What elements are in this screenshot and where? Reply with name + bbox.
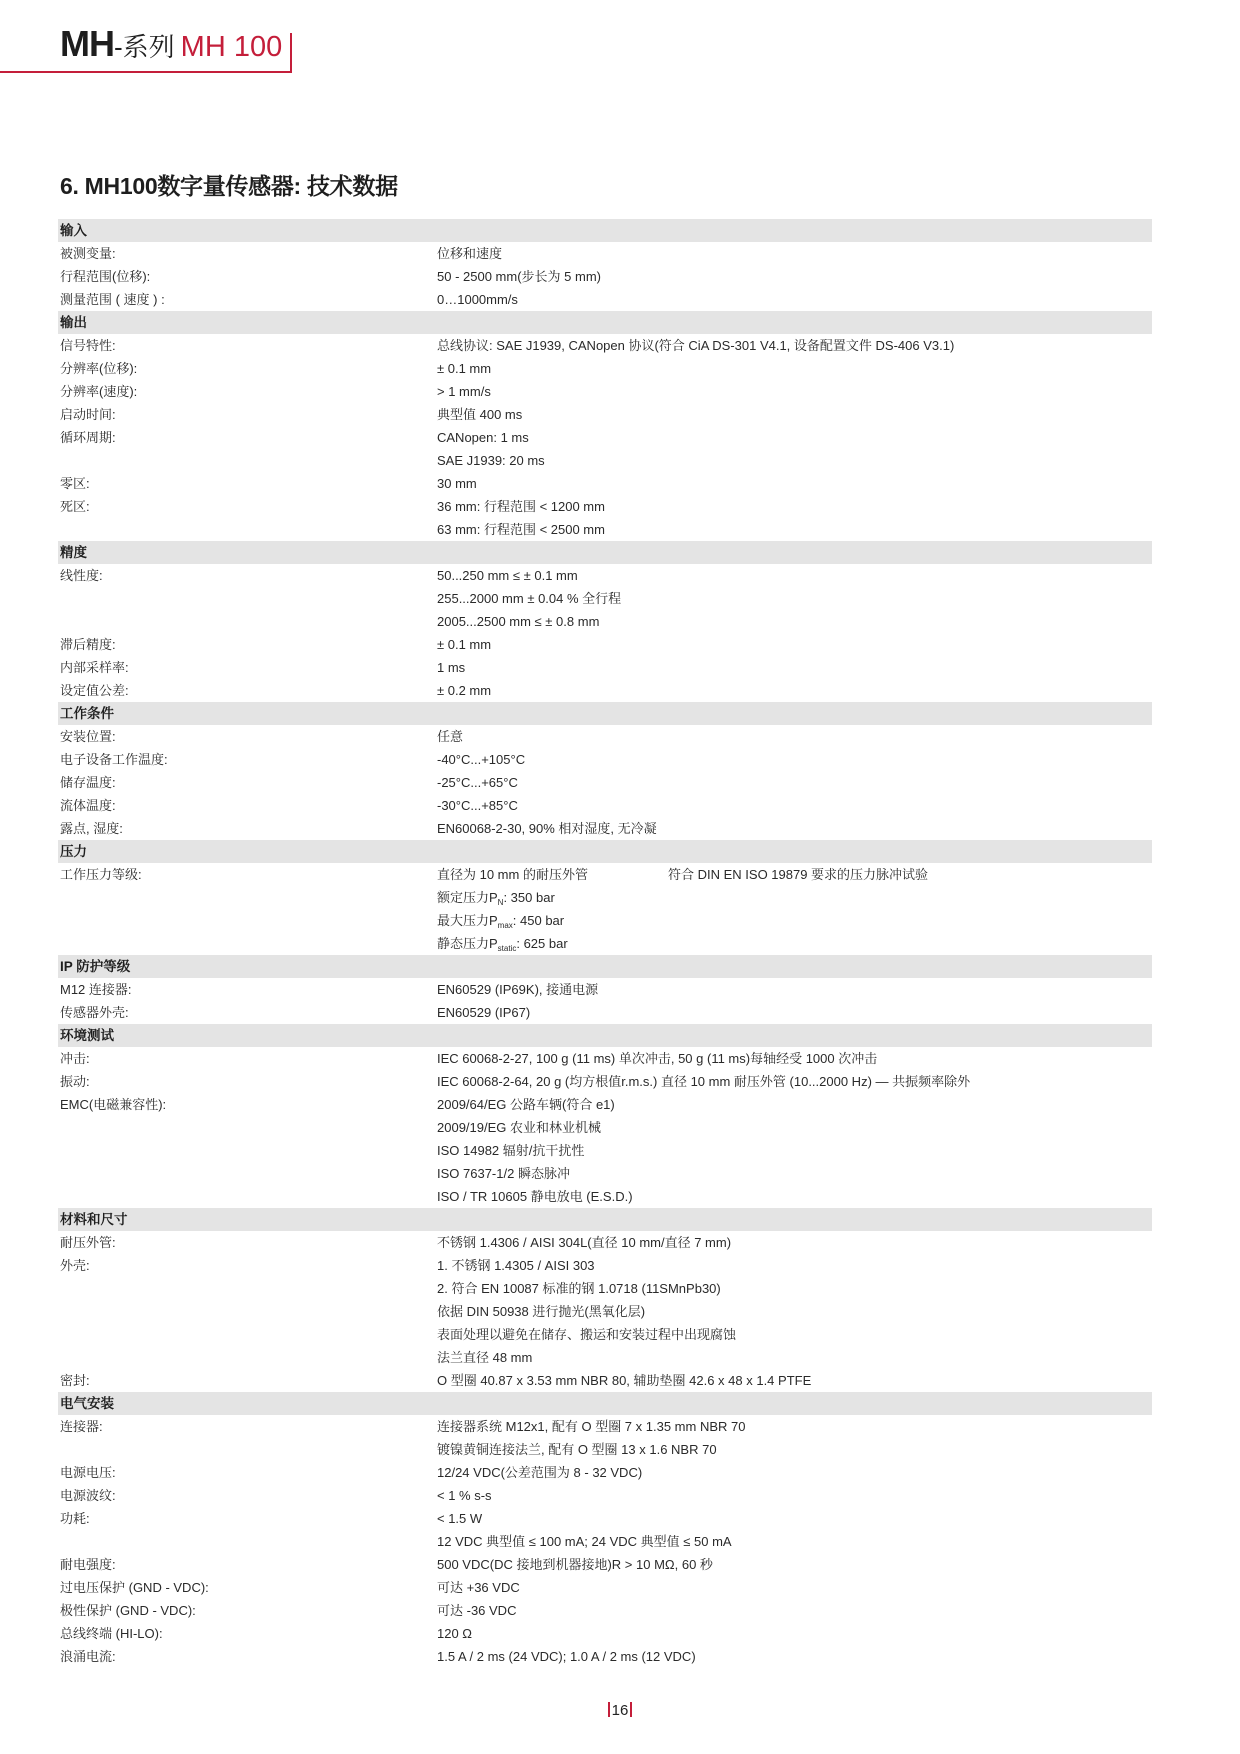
spec-values: -25°C...+65°C — [437, 771, 1152, 794]
spec-value: > 1 mm/s — [437, 380, 1152, 403]
spec-values: 30 mm — [437, 472, 1152, 495]
spec-row: 流体温度:-30°C...+85°C — [58, 794, 1152, 817]
spec-label: 冲击: — [58, 1047, 437, 1070]
page-number-bar-left — [608, 1702, 610, 1717]
spec-row: 线性度:50...250 mm ≤ ± 0.1 mm255...2000 mm … — [58, 564, 1152, 633]
spec-value: 50...250 mm ≤ ± 0.1 mm — [437, 564, 1152, 587]
spec-value: 12/24 VDC(公差范围为 8 - 32 VDC) — [437, 1461, 1152, 1484]
spec-row: 分辨率(速度):> 1 mm/s — [58, 380, 1152, 403]
spec-row: 冲击:IEC 60068-2-27, 100 g (11 ms) 单次冲击, 5… — [58, 1047, 1152, 1070]
spec-values: -40°C...+105°C — [437, 748, 1152, 771]
spec-value: < 1.5 W — [437, 1507, 1152, 1530]
spec-row: 零区:30 mm — [58, 472, 1152, 495]
spec-label: 密封: — [58, 1369, 437, 1392]
spec-values: 1. 不锈钢 1.4305 / AISI 3032. 符合 EN 10087 标… — [437, 1254, 1152, 1369]
spec-label: 耐压外管: — [58, 1231, 437, 1254]
spec-label: 过电压保护 (GND - VDC): — [58, 1576, 437, 1599]
spec-label: 连接器: — [58, 1415, 437, 1438]
spec-label: 循环周期: — [58, 426, 437, 449]
spec-label: 外壳: — [58, 1254, 437, 1277]
spec-row: 死区:36 mm: 行程范围 < 1200 mm63 mm: 行程范围 < 25… — [58, 495, 1152, 541]
spec-value: EN60068-2-30, 90% 相对湿度, 无冷凝 — [437, 817, 1152, 840]
spec-values: IEC 60068-2-27, 100 g (11 ms) 单次冲击, 50 g… — [437, 1047, 1152, 1070]
spec-values: ± 0.2 mm — [437, 679, 1152, 702]
spec-value: 1.5 A / 2 ms (24 VDC); 1.0 A / 2 ms (12 … — [437, 1645, 1152, 1668]
group-header: 环境测试 — [58, 1024, 1152, 1047]
spec-group: IP 防护等级M12 连接器:EN60529 (IP69K), 接通电源传感器外… — [58, 955, 1152, 1024]
spec-label: 被测变量: — [58, 242, 437, 265]
spec-value: 36 mm: 行程范围 < 1200 mm — [437, 495, 1152, 518]
spec-value: ISO / TR 10605 静电放电 (E.S.D.) — [437, 1185, 1152, 1208]
spec-value: ± 0.1 mm — [437, 357, 1152, 380]
spec-row: 外壳:1. 不锈钢 1.4305 / AISI 3032. 符合 EN 1008… — [58, 1254, 1152, 1369]
spec-row: 耐压外管:不锈钢 1.4306 / AISI 304L(直径 10 mm/直径 … — [58, 1231, 1152, 1254]
spec-label: 滞后精度: — [58, 633, 437, 656]
spec-values: < 1 % s-s — [437, 1484, 1152, 1507]
header-rule-divider — [0, 71, 292, 73]
spec-value: 镀镍黄铜连接法兰, 配有 O 型圈 13 x 1.6 NBR 70 — [437, 1438, 1152, 1461]
spec-group: 电气安装连接器:连接器系统 M12x1, 配有 O 型圈 7 x 1.35 mm… — [58, 1392, 1152, 1668]
pressure-test-note: 符合 DIN EN ISO 19879 要求的压力脉冲试验 — [668, 863, 928, 886]
spec-value: 1 ms — [437, 656, 1152, 679]
spec-label: 极性保护 (GND - VDC): — [58, 1599, 437, 1622]
spec-values: 直径为 10 mm 的耐压外管符合 DIN EN ISO 19879 要求的压力… — [437, 863, 1152, 955]
spec-value: -30°C...+85°C — [437, 794, 1152, 817]
spec-value: 1. 不锈钢 1.4305 / AISI 303 — [437, 1254, 1152, 1277]
spec-values: 不锈钢 1.4306 / AISI 304L(直径 10 mm/直径 7 mm) — [437, 1231, 1152, 1254]
spec-label: 死区: — [58, 495, 437, 518]
spec-value: ± 0.2 mm — [437, 679, 1152, 702]
spec-row: 浪涌电流:1.5 A / 2 ms (24 VDC); 1.0 A / 2 ms… — [58, 1645, 1152, 1668]
spec-group: 精度线性度:50...250 mm ≤ ± 0.1 mm255...2000 m… — [58, 541, 1152, 702]
pressure-static-subscript: static — [498, 944, 517, 953]
spec-label: 行程范围(位移): — [58, 265, 437, 288]
spec-values: ± 0.1 mm — [437, 633, 1152, 656]
spec-row: 被测变量:位移和速度 — [58, 242, 1152, 265]
spec-value: CANopen: 1 ms — [437, 426, 1152, 449]
spec-value: 0…1000mm/s — [437, 288, 1152, 311]
spec-label: 工作压力等级: — [58, 863, 437, 886]
spec-value: 2005...2500 mm ≤ ± 0.8 mm — [437, 610, 1152, 633]
spec-value: 500 VDC(DC 接地到机器接地)R > 10 MΩ, 60 秒 — [437, 1553, 1152, 1576]
spec-row: 电源电压:12/24 VDC(公差范围为 8 - 32 VDC) — [58, 1461, 1152, 1484]
spec-values: EN60529 (IP67) — [437, 1001, 1152, 1024]
pressure-nominal-value: : 350 bar — [503, 890, 554, 905]
spec-value: 120 Ω — [437, 1622, 1152, 1645]
pressure-max-value: : 450 bar — [513, 913, 564, 928]
spec-value: 不锈钢 1.4306 / AISI 304L(直径 10 mm/直径 7 mm) — [437, 1231, 1152, 1254]
spec-values: 可达 +36 VDC — [437, 1576, 1152, 1599]
spec-value: 依据 DIN 50938 进行抛光(黑氧化层) — [437, 1300, 1152, 1323]
spec-value: 可达 +36 VDC — [437, 1576, 1152, 1599]
spec-value: -40°C...+105°C — [437, 748, 1152, 771]
spec-table: 输入被测变量:位移和速度行程范围(位移):50 - 2500 mm(步长为 5 … — [58, 219, 1152, 1668]
group-header: 输出 — [58, 311, 1152, 334]
spec-values: 典型值 400 ms — [437, 403, 1152, 426]
spec-label: 电源电压: — [58, 1461, 437, 1484]
header-title: MH-系列MH 100 — [60, 24, 282, 72]
spec-value: ISO 7637-1/2 瞬态脉冲 — [437, 1162, 1152, 1185]
spec-row: 连接器:连接器系统 M12x1, 配有 O 型圈 7 x 1.35 mm NBR… — [58, 1415, 1152, 1461]
spec-values: 1.5 A / 2 ms (24 VDC); 1.0 A / 2 ms (12 … — [437, 1645, 1152, 1668]
pressure-tube-line: 直径为 10 mm 的耐压外管符合 DIN EN ISO 19879 要求的压力… — [437, 863, 1152, 886]
spec-label: EMC(电磁兼容性): — [58, 1093, 437, 1116]
header-series-text: -系列 — [114, 32, 175, 62]
spec-values: 可达 -36 VDC — [437, 1599, 1152, 1622]
spec-row: 露点, 湿度:EN60068-2-30, 90% 相对湿度, 无冷凝 — [58, 817, 1152, 840]
spec-group: 工作条件安装位置:任意电子设备工作温度:-40°C...+105°C储存温度:-… — [58, 702, 1152, 840]
spec-label: 测量范围 ( 速度 ) : — [58, 288, 437, 311]
spec-label: 零区: — [58, 472, 437, 495]
spec-value: 任意 — [437, 725, 1152, 748]
spec-row: 信号特性:总线协议: SAE J1939, CANopen 协议(符合 CiA … — [58, 334, 1152, 357]
spec-row: 功耗:< 1.5 W12 VDC 典型值 ≤ 100 mA; 24 VDC 典型… — [58, 1507, 1152, 1553]
spec-value: ± 0.1 mm — [437, 633, 1152, 656]
header-model: MH 100 — [181, 31, 283, 63]
pressure-static-value: : 625 bar — [516, 936, 567, 951]
spec-row: EMC(电磁兼容性):2009/64/EG 公路车辆(符合 e1)2009/19… — [58, 1093, 1152, 1208]
spec-value: O 型圈 40.87 x 3.53 mm NBR 80, 辅助垫圈 42.6 x… — [437, 1369, 1152, 1392]
spec-row: 分辨率(位移):± 0.1 mm — [58, 357, 1152, 380]
spec-label: 功耗: — [58, 1507, 437, 1530]
spec-value: 12 VDC 典型值 ≤ 100 mA; 24 VDC 典型值 ≤ 50 mA — [437, 1530, 1152, 1553]
header-tick-divider — [290, 33, 292, 73]
pressure-static: 静态压力Pstatic: 625 bar — [437, 932, 1152, 955]
spec-values: 36 mm: 行程范围 < 1200 mm63 mm: 行程范围 < 2500 … — [437, 495, 1152, 541]
spec-value: ISO 14982 辐射/抗干扰性 — [437, 1139, 1152, 1162]
group-header: 材料和尺寸 — [58, 1208, 1152, 1231]
spec-values: EN60068-2-30, 90% 相对湿度, 无冷凝 — [437, 817, 1152, 840]
spec-values: EN60529 (IP69K), 接通电源 — [437, 978, 1152, 1001]
spec-label: 露点, 湿度: — [58, 817, 437, 840]
spec-row: 行程范围(位移):50 - 2500 mm(步长为 5 mm) — [58, 265, 1152, 288]
spec-label: 总线终端 (HI-LO): — [58, 1622, 437, 1645]
spec-values: 120 Ω — [437, 1622, 1152, 1645]
spec-value: 法兰直径 48 mm — [437, 1346, 1152, 1369]
spec-row: 储存温度:-25°C...+65°C — [58, 771, 1152, 794]
spec-row: 密封:O 型圈 40.87 x 3.53 mm NBR 80, 辅助垫圈 42.… — [58, 1369, 1152, 1392]
spec-label: 分辨率(速度): — [58, 380, 437, 403]
spec-value: 30 mm — [437, 472, 1152, 495]
spec-value: 表面处理以避免在储存、搬运和安装过程中出现腐蚀 — [437, 1323, 1152, 1346]
header-brand-prefix: MH — [60, 23, 114, 64]
pressure-max: 最大压力Pmax: 450 bar — [437, 909, 1152, 932]
spec-values: 任意 — [437, 725, 1152, 748]
spec-values: 50 - 2500 mm(步长为 5 mm) — [437, 265, 1152, 288]
spec-value: 2. 符合 EN 10087 标准的钢 1.0718 (11SMnPb30) — [437, 1277, 1152, 1300]
spec-value: -25°C...+65°C — [437, 771, 1152, 794]
spec-label: 耐电强度: — [58, 1553, 437, 1576]
spec-row: 总线终端 (HI-LO):120 Ω — [58, 1622, 1152, 1645]
spec-value: IEC 60068-2-27, 100 g (11 ms) 单次冲击, 50 g… — [437, 1047, 1152, 1070]
spec-row: 启动时间:典型值 400 ms — [58, 403, 1152, 426]
spec-label: 信号特性: — [58, 334, 437, 357]
spec-label: 储存温度: — [58, 771, 437, 794]
spec-row: 传感器外壳:EN60529 (IP67) — [58, 1001, 1152, 1024]
spec-value: 总线协议: SAE J1939, CANopen 协议(符合 CiA DS-30… — [437, 334, 1152, 357]
group-header: 压力 — [58, 840, 1152, 863]
spec-label: 传感器外壳: — [58, 1001, 437, 1024]
spec-row-pressure: 工作压力等级:直径为 10 mm 的耐压外管符合 DIN EN ISO 1987… — [58, 863, 1152, 955]
spec-row: 振动:IEC 60068-2-64, 20 g (均方根值r.m.s.) 直径 … — [58, 1070, 1152, 1093]
spec-group: 输入被测变量:位移和速度行程范围(位移):50 - 2500 mm(步长为 5 … — [58, 219, 1152, 311]
spec-group: 压力工作压力等级:直径为 10 mm 的耐压外管符合 DIN EN ISO 19… — [58, 840, 1152, 955]
pressure-nominal-prefix: 额定压力P — [437, 890, 498, 905]
spec-values: 500 VDC(DC 接地到机器接地)R > 10 MΩ, 60 秒 — [437, 1553, 1152, 1576]
spec-label: M12 连接器: — [58, 978, 437, 1001]
spec-label: 内部采样率: — [58, 656, 437, 679]
spec-row: 循环周期:CANopen: 1 msSAE J1939: 20 ms — [58, 426, 1152, 472]
spec-row: 电源波纹:< 1 % s-s — [58, 1484, 1152, 1507]
spec-label: 设定值公差: — [58, 679, 437, 702]
group-header: 工作条件 — [58, 702, 1152, 725]
spec-value: 可达 -36 VDC — [437, 1599, 1152, 1622]
spec-values: 位移和速度 — [437, 242, 1152, 265]
spec-value: EN60529 (IP67) — [437, 1001, 1152, 1024]
pressure-nominal: 额定压力PN: 350 bar — [437, 886, 1152, 909]
page-number-bar-right — [630, 1702, 632, 1717]
spec-values: 连接器系统 M12x1, 配有 O 型圈 7 x 1.35 mm NBR 70镀… — [437, 1415, 1152, 1461]
spec-label: 启动时间: — [58, 403, 437, 426]
spec-group: 材料和尺寸耐压外管:不锈钢 1.4306 / AISI 304L(直径 10 m… — [58, 1208, 1152, 1392]
spec-row: 测量范围 ( 速度 ) :0…1000mm/s — [58, 288, 1152, 311]
spec-values: < 1.5 W12 VDC 典型值 ≤ 100 mA; 24 VDC 典型值 ≤… — [437, 1507, 1152, 1553]
pressure-static-prefix: 静态压力P — [437, 936, 498, 951]
spec-values: 50...250 mm ≤ ± 0.1 mm255...2000 mm ± 0.… — [437, 564, 1152, 633]
spec-values: > 1 mm/s — [437, 380, 1152, 403]
spec-value: 2009/64/EG 公路车辆(符合 e1) — [437, 1093, 1152, 1116]
spec-values: ± 0.1 mm — [437, 357, 1152, 380]
spec-values: 总线协议: SAE J1939, CANopen 协议(符合 CiA DS-30… — [437, 334, 1152, 357]
group-header: 输入 — [58, 219, 1152, 242]
spec-row: 滞后精度:± 0.1 mm — [58, 633, 1152, 656]
spec-group: 环境测试冲击:IEC 60068-2-27, 100 g (11 ms) 单次冲… — [58, 1024, 1152, 1208]
spec-row: 电子设备工作温度:-40°C...+105°C — [58, 748, 1152, 771]
page-number-text: 16 — [612, 1702, 629, 1719]
spec-label: 安装位置: — [58, 725, 437, 748]
page-number: 16 — [0, 1702, 1240, 1719]
spec-row: 耐电强度:500 VDC(DC 接地到机器接地)R > 10 MΩ, 60 秒 — [58, 1553, 1152, 1576]
spec-row: 过电压保护 (GND - VDC):可达 +36 VDC — [58, 1576, 1152, 1599]
spec-value: 63 mm: 行程范围 < 2500 mm — [437, 518, 1152, 541]
spec-values: O 型圈 40.87 x 3.53 mm NBR 80, 辅助垫圈 42.6 x… — [437, 1369, 1152, 1392]
spec-values: 12/24 VDC(公差范围为 8 - 32 VDC) — [437, 1461, 1152, 1484]
spec-label: 电子设备工作温度: — [58, 748, 437, 771]
spec-value: < 1 % s-s — [437, 1484, 1152, 1507]
pressure-tube: 直径为 10 mm 的耐压外管 — [437, 867, 588, 882]
spec-values: CANopen: 1 msSAE J1939: 20 ms — [437, 426, 1152, 472]
spec-row: 内部采样率:1 ms — [58, 656, 1152, 679]
spec-row: 安装位置:任意 — [58, 725, 1152, 748]
spec-values: 1 ms — [437, 656, 1152, 679]
spec-values: 2009/64/EG 公路车辆(符合 e1)2009/19/EG 农业和林业机械… — [437, 1093, 1152, 1208]
spec-value: 位移和速度 — [437, 242, 1152, 265]
spec-value: EN60529 (IP69K), 接通电源 — [437, 978, 1152, 1001]
spec-row: 极性保护 (GND - VDC):可达 -36 VDC — [58, 1599, 1152, 1622]
spec-value: SAE J1939: 20 ms — [437, 449, 1152, 472]
spec-value: 2009/19/EG 农业和林业机械 — [437, 1116, 1152, 1139]
spec-label: 分辨率(位移): — [58, 357, 437, 380]
spec-label: 流体温度: — [58, 794, 437, 817]
pressure-max-subscript: max — [498, 921, 513, 930]
spec-values: 0…1000mm/s — [437, 288, 1152, 311]
spec-row: M12 连接器:EN60529 (IP69K), 接通电源 — [58, 978, 1152, 1001]
spec-group: 输出信号特性:总线协议: SAE J1939, CANopen 协议(符合 Ci… — [58, 311, 1152, 541]
spec-values: -30°C...+85°C — [437, 794, 1152, 817]
group-header: 电气安装 — [58, 1392, 1152, 1415]
pressure-max-prefix: 最大压力P — [437, 913, 498, 928]
spec-label: 振动: — [58, 1070, 437, 1093]
group-header: IP 防护等级 — [58, 955, 1152, 978]
spec-row: 设定值公差:± 0.2 mm — [58, 679, 1152, 702]
section-title: 6. MH100数字量传感器: 技术数据 — [60, 168, 398, 201]
spec-value: 连接器系统 M12x1, 配有 O 型圈 7 x 1.35 mm NBR 70 — [437, 1415, 1152, 1438]
spec-label: 电源波纹: — [58, 1484, 437, 1507]
spec-label: 浪涌电流: — [58, 1645, 437, 1668]
spec-value: IEC 60068-2-64, 20 g (均方根值r.m.s.) 直径 10 … — [437, 1070, 1152, 1093]
spec-label: 线性度: — [58, 564, 437, 587]
spec-value: 典型值 400 ms — [437, 403, 1152, 426]
spec-values: IEC 60068-2-64, 20 g (均方根值r.m.s.) 直径 10 … — [437, 1070, 1152, 1093]
spec-value: 50 - 2500 mm(步长为 5 mm) — [437, 265, 1152, 288]
page-header: MH-系列MH 100 — [0, 0, 300, 76]
spec-value: 255...2000 mm ± 0.04 % 全行程 — [437, 587, 1152, 610]
group-header: 精度 — [58, 541, 1152, 564]
